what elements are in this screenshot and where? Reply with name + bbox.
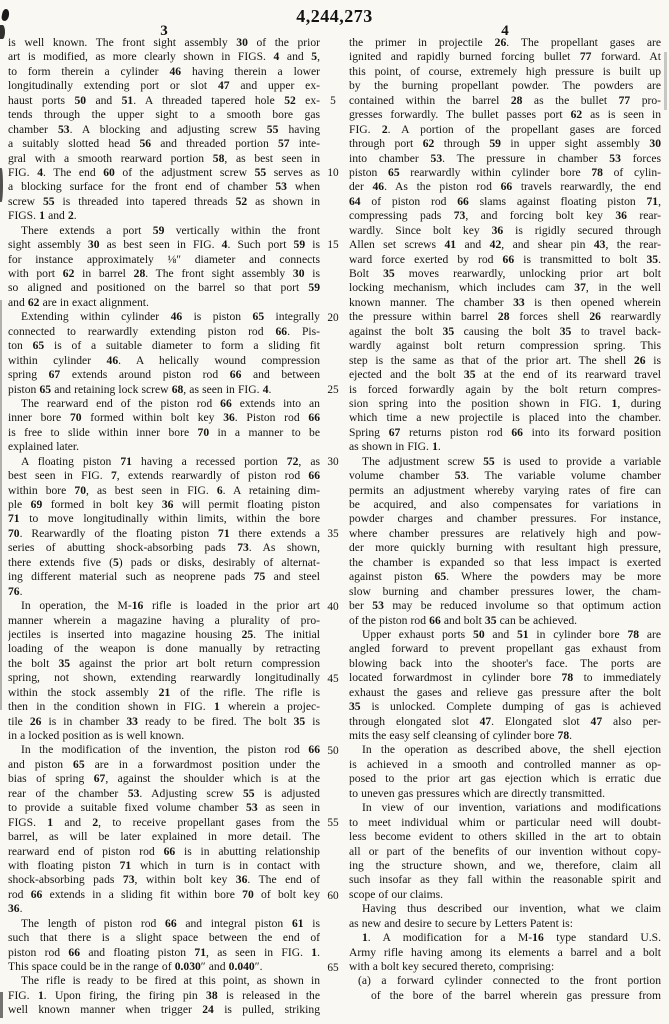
text-line: ing different material such as neoprene … [8, 570, 320, 584]
text-line: exhaust the gases and relieve gas pressu… [349, 686, 661, 700]
patent-page: 4,244,273 3 4 is well known. The front s… [0, 0, 669, 1024]
text-line: In operation, the M-16 rifle is loaded i… [8, 599, 320, 613]
text-line: manner wherein a magazine having a plura… [8, 614, 320, 628]
text-line: ton 65 is of a suitable diameter to form… [8, 339, 320, 353]
text-line: by the burning propellant powder. The po… [349, 79, 661, 93]
text-line: The length of piston rod 66 and integral… [8, 917, 320, 931]
text-line: shock-absorbing pads 73, within bolt key… [8, 873, 320, 887]
text-line: is well known. The front sight assembly … [8, 36, 320, 50]
text-line: to uneven gas pressures which are direct… [349, 787, 661, 801]
text-line: to meet individual whim or particular ne… [349, 816, 661, 830]
text-line: connected to rearwardly extending piston… [8, 325, 320, 339]
text-line: chamber 53. A blocking and adjusting scr… [8, 123, 320, 137]
text-line: for instance approximately ⅛″ diameter a… [8, 253, 320, 267]
text-line: there extends five (5) pads or disks, de… [8, 556, 320, 570]
text-line: Army rifle having among its elements a b… [349, 946, 661, 960]
text-line: sion spring into the position shown in F… [349, 397, 661, 411]
text-line: Having thus described our invention, wha… [349, 902, 661, 916]
text-line: FIG. 4. The end 60 of the adjustment scr… [8, 166, 320, 180]
text-line: der more quickly burning with resultant … [349, 541, 661, 555]
text-line: through port 62 through 59 in upper sigh… [349, 137, 661, 151]
text-line: This space could be in the range of 0.03… [8, 960, 320, 974]
scan-artifact [664, 52, 667, 110]
text-line: Spring 67 returns piston rod 66 into its… [349, 426, 661, 440]
text-line: within bore 70, as best seen in FIG. 6. … [8, 484, 320, 498]
text-line: 64 of piston rod 66 slams against floati… [349, 195, 661, 209]
text-line: ing the structure shown, and we, therefo… [349, 859, 661, 873]
text-line: barrel, as will be later explained in mo… [8, 830, 320, 844]
text-line: blowing back into the shooter's face. Th… [349, 657, 661, 671]
text-line: piston rod 66 and floating piston 71, as… [8, 946, 320, 960]
text-line: located forwardmost in cylinder bore 78 … [349, 671, 661, 685]
text-line: Upper exhaust ports 50 and 51 in cylinde… [349, 628, 661, 642]
text-line: where chamber pressures are relatively h… [349, 527, 661, 541]
text-line: FIG. 2. A portion of the propellant gase… [349, 123, 661, 137]
text-line: this point, of course, extremely high pr… [349, 65, 661, 79]
scan-artifact [0, 25, 5, 39]
column-right: the primer in projectile 26. The propell… [349, 36, 661, 1003]
text-line: piston 65 rearwardly within cylinder bor… [349, 166, 661, 180]
text-line: series of abutting shock-absorbing pads … [8, 541, 320, 555]
text-line: 35 is unlocked. Complete dumping of gas … [349, 700, 661, 714]
text-line: FIG. 1. Upon firing, the firing pin 38 i… [8, 989, 320, 1003]
text-line: jectiles is inserted into magazine housi… [8, 628, 320, 642]
text-line: the pressure within barrel 28 forces she… [349, 310, 661, 324]
text-line: loading of the weapon is done manually b… [8, 642, 320, 656]
text-line: with floating piston 71 which in turn is… [8, 859, 320, 873]
text-line: 36. [8, 902, 320, 916]
text-line: explained later. [8, 440, 320, 454]
line-number-marker: 20 [319, 311, 347, 325]
text-line: is forced forwardly again by the bolt re… [349, 383, 661, 397]
text-line: through elongated slot 47. Elongated slo… [349, 715, 661, 729]
text-line: FIGS. 1 and 2, to receive propellant gas… [8, 816, 320, 830]
text-line: less become evident to others skilled in… [349, 830, 661, 844]
text-line: 76. [8, 585, 320, 599]
text-line: longitudinally extending port or slot 47… [8, 79, 320, 93]
text-line: ber 53 may be reduced involume so that o… [349, 599, 661, 613]
text-line: The adjustment screw 55 is used to provi… [349, 455, 661, 469]
text-line: In the operation as described above, the… [349, 743, 661, 757]
text-line: 71 to move longitudinally within limits,… [8, 512, 320, 526]
text-line: permits an adjustment whereby varying ra… [349, 484, 661, 498]
line-number-marker: 10 [319, 166, 347, 180]
text-line: best seen in FIG. 7, extends rearwardly … [8, 469, 320, 483]
text-line: rear of the chamber 53. Adjusting screw … [8, 787, 320, 801]
text-line: FIGS. 1 and 2. [8, 209, 320, 223]
text-line: gral with a smooth rearward portion 58, … [8, 152, 320, 166]
text-line: as shown in FIG. 1. [349, 440, 661, 454]
text-line: There extends a port 59 vertically withi… [8, 224, 320, 238]
text-line: volume chamber 53. The variable volume c… [349, 469, 661, 483]
text-line: with a bolt key secured thereto, compris… [349, 960, 661, 974]
text-line: so aligned and positioned on the barrel … [8, 281, 320, 295]
text-line: sight assembly 30 as best seen in FIG. 4… [8, 238, 320, 252]
text-line: against the bolt 35 causing the bolt 35 … [349, 325, 661, 339]
line-number-marker: 15 [319, 238, 347, 252]
text-line: and piston 65 are in a forwardmost posit… [8, 758, 320, 772]
line-number-marker: 65 [319, 961, 347, 975]
text-line: angled forward to prevent propellant gas… [349, 642, 661, 656]
text-line: tends through the upper sight to a smoot… [8, 108, 320, 122]
line-number-marker: 40 [319, 600, 347, 614]
text-line: ple 69 formed in bolt key 36 will permit… [8, 498, 320, 512]
text-line: such insofar as they fall within the rea… [349, 873, 661, 887]
text-line: wardly. Since bolt key 36 is rigidly sec… [349, 224, 661, 238]
text-line: as new and desire to secure by Letters P… [349, 917, 661, 931]
text-line: (a) a forward cylinder connected to the … [349, 974, 661, 988]
text-line: which time a new projectile is placed in… [349, 411, 661, 425]
text-line: ejected and the bolt 35 at the end of it… [349, 368, 661, 382]
text-line: into chamber 53. The pressure in chamber… [349, 152, 661, 166]
text-line: spring 67 extends around piston rod 66 a… [8, 368, 320, 382]
text-line: scope of our claims. [349, 888, 661, 902]
text-line: step is the same as that of the prior ar… [349, 354, 661, 368]
text-line: der 46. As the piston rod 66 travels rea… [349, 180, 661, 194]
text-line: posed to the prior art gas ejection whic… [349, 772, 661, 786]
text-line: a suitably slotted head 56 and threaded … [8, 137, 320, 151]
text-line: and 62 are in exact alignment. [8, 296, 320, 310]
text-line: screw 55 is threaded into tapered thread… [8, 195, 320, 209]
line-number-marker: 55 [319, 816, 347, 830]
text-line: wardly against bolt return compression s… [349, 339, 661, 353]
text-line: well known manner when trigger 24 is pul… [8, 1003, 320, 1017]
text-line: within cylinder 46. A helically wound co… [8, 354, 320, 368]
column-right-lines: the primer in projectile 26. The propell… [349, 36, 661, 1003]
line-number-marker: 50 [319, 744, 347, 758]
text-line: inner bore 70 formed within bolt key 36.… [8, 411, 320, 425]
text-line: is free to slide within inner bore 70 in… [8, 426, 320, 440]
scan-artifact [0, 992, 3, 1018]
column-left-lines: is well known. The front sight assembly … [8, 36, 320, 1018]
text-line: 70. Rearwardly of the floating piston 71… [8, 527, 320, 541]
text-line: all or part of the benefits of our inven… [349, 845, 661, 859]
text-line: art is modified, as more clearly shown i… [8, 50, 320, 64]
text-line: against piston 65. Where the powders may… [349, 570, 661, 584]
text-line: such that there is a slight space betwee… [8, 931, 320, 945]
text-line: rod 66 extends in a sliding fit within b… [8, 888, 320, 902]
text-line: gresses forwardly. The bullet passes por… [349, 108, 661, 122]
text-line: A floating piston 71 having a recessed p… [8, 455, 320, 469]
text-line: Allen set screws 41 and 42, and shear pi… [349, 238, 661, 252]
text-line: haust ports 50 and 51. A threaded tapere… [8, 94, 320, 108]
text-line: the bolt 35 against the prior art bolt r… [8, 657, 320, 671]
line-number-marker: 60 [319, 889, 347, 903]
text-line: known manner. The chamber 33 is then ope… [349, 296, 661, 310]
text-line: be acquired, and also compensates for va… [349, 498, 661, 512]
text-line: piston 65 and retaining lock screw 68, a… [8, 383, 320, 397]
text-line: bias of spring 67, against the shoulder … [8, 772, 320, 786]
text-line: a blocking surface for the front end of … [8, 180, 320, 194]
text-line: of the bore of the barrel wherein gas pr… [349, 989, 661, 1003]
text-line: contained within the barrel 28 as the bu… [349, 94, 661, 108]
text-line: to provide a suitable fixed volume chamb… [8, 801, 320, 815]
line-number-marker: 5 [319, 94, 347, 108]
line-number-marker: 25 [319, 383, 347, 397]
text-line: spring, not shown, extending rearwardly … [8, 671, 320, 685]
line-number-marker: 35 [319, 527, 347, 541]
text-line: tile 26 is in chamber 33 ready to be fir… [8, 715, 320, 729]
text-line: in a locked position as is well known. [8, 729, 320, 743]
text-line: The rearward end of the piston rod 66 ex… [8, 397, 320, 411]
text-line: mits the easy self cleansing of cylinder… [349, 729, 661, 743]
scan-artifact [0, 168, 3, 202]
text-line: then in the condition shown in FIG. 1 wh… [8, 700, 320, 714]
line-number-gutter: 5101520253035404550556065 [319, 0, 347, 1024]
column-left: is well known. The front sight assembly … [8, 36, 320, 1018]
text-line: rearward end of piston rod 66 is in abut… [8, 845, 320, 859]
line-number-marker: 45 [319, 672, 347, 686]
text-line: within the stock assembly 21 of the rifl… [8, 686, 320, 700]
text-line: is achieved in a smooth and controlled m… [349, 758, 661, 772]
text-line: In the modification of the invention, th… [8, 743, 320, 757]
text-line: Bolt 35 moves rearwardly, unlocking prio… [349, 267, 661, 281]
text-line: of the piston rod 66 and bolt 35 can be … [349, 614, 661, 628]
text-line: Extending within cylinder 46 is piston 6… [8, 310, 320, 324]
text-line: In view of our invention, variations and… [349, 801, 661, 815]
text-line: locking mechanism, which includes cam 37… [349, 281, 661, 295]
text-line: slow burning and chamber pressures lower… [349, 585, 661, 599]
text-line: 1. A modification for a M-16 type standa… [349, 931, 661, 945]
text-line: The rifle is ready to be fired at this p… [8, 974, 320, 988]
text-line: ignited and rapidly burned forcing bulle… [349, 50, 661, 64]
text-line: the primer in projectile 26. The propell… [349, 36, 661, 50]
line-number-marker: 30 [319, 455, 347, 469]
text-line: the chamber is expanded so that less imp… [349, 556, 661, 570]
scan-artifact [0, 300, 2, 710]
text-line: with port 62 in barrel 28. The front sig… [8, 267, 320, 281]
text-line: powder charges and chamber pressures. Fo… [349, 512, 661, 526]
text-line: to form therein a cylinder 46 having the… [8, 65, 320, 79]
text-line: compressing pads 73, and forcing bolt ke… [349, 209, 661, 223]
text-line: ward force exerted by rod 66 is transmit… [349, 253, 661, 267]
